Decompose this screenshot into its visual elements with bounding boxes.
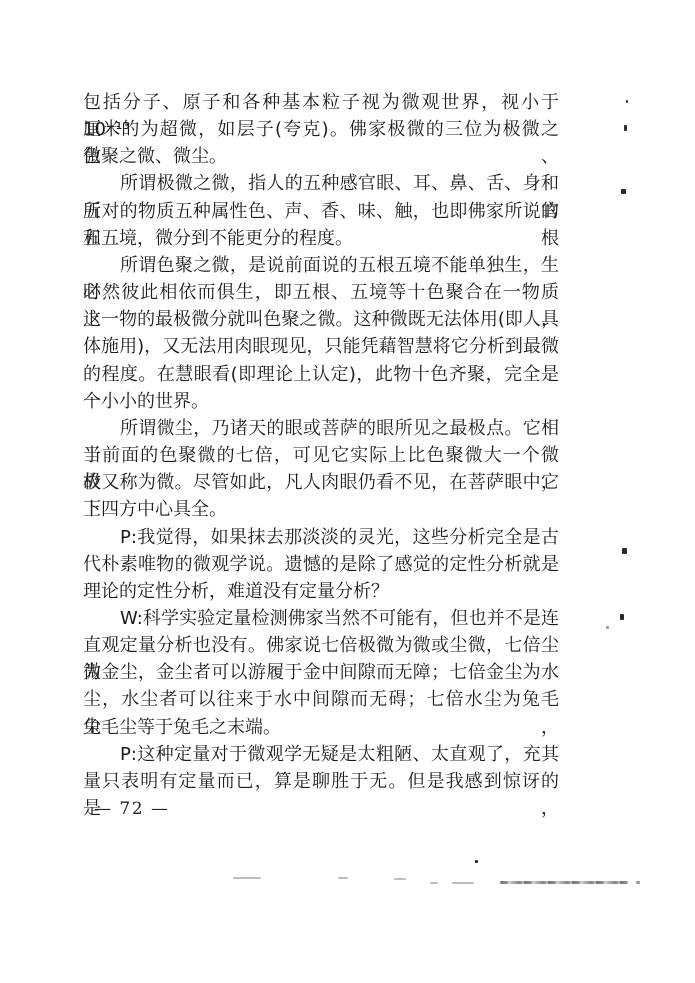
text-line: 所谓微尘，乃诸天的眼或菩萨的眼所见之最极点。它相当: [83, 415, 559, 442]
text-line: 这一物的最极微分就叫色聚之微。这种微既无法体用(即人具: [83, 306, 559, 333]
book-page-scan: 包括分子、原子和各种基本粒子视为微观世界，视小于 10⁻¹³厘米的为超微，如层子…: [0, 0, 695, 983]
scan-speck: [475, 860, 478, 863]
text-line: 体施用)，又无法用肉眼现见，只能凭藉智慧将它分析到最微: [83, 333, 559, 360]
scan-speck: [626, 100, 628, 103]
scan-speck: [636, 881, 640, 884]
text-line: 所对的物质五种属性色、声、香、味、触，也即佛家所说的五根: [83, 198, 559, 225]
scan-noise: [394, 878, 406, 880]
text-line: 所谓极微之微，指人的五种感官眼、耳、鼻、舌、身和五官: [83, 170, 559, 197]
text-line: 个小小的世界。: [83, 388, 559, 415]
text-line: 为金尘，金尘者可以游履于金中间隙而无障；七倍金尘为水: [83, 659, 559, 686]
text-line: 下四方中心具全。: [83, 496, 559, 523]
scan-speck: [620, 614, 624, 620]
text-line: 包括分子、原子和各种基本粒子视为微观世界，视小于 10⁻¹³: [83, 89, 559, 116]
text-line: 直观定量分析也没有。佛家说七倍极微为微或尘微，七倍尘微: [83, 632, 559, 659]
text-line: 尘，水尘者可以往来于水中间隙而无碍；七倍水尘为兔毛尘，: [83, 686, 559, 713]
scan-noise-streak: [500, 881, 628, 884]
text-line: 厘米的为超微，如层子(夸克)。佛家极微的三位为极微之微、: [83, 116, 559, 143]
text-line: P:我觉得，如果抹去那淡淡的灵光，这些分析完全是古: [83, 524, 559, 551]
scan-noise: [233, 877, 261, 879]
text-line: 代朴素唯物的微观学说。遗憾的是除了感觉的定性分析就是: [83, 551, 559, 578]
scan-noise: [430, 882, 438, 884]
scan-noise: [452, 882, 474, 884]
scan-speck: [622, 548, 627, 554]
text-line: P:这种定量对于微观学无疑是太粗陋、太直观了，充其: [83, 741, 559, 768]
text-line: 故又称为微。尽管如此，凡人肉眼仍看不见，在菩萨眼中它上: [83, 469, 559, 496]
scan-noise: [338, 877, 348, 879]
text-line: 于前面的色聚微的七倍，可见它实际上比色聚微大一个微极，: [83, 442, 559, 469]
text-line: 所谓色聚之微，是说前面说的五根五境不能单独生，生时: [83, 252, 559, 279]
text-line: 量只表明有定量而已，算是聊胜于无。但是我感到惊讶的是，: [83, 768, 559, 795]
scan-speck: [624, 125, 627, 131]
scan-speck: [621, 189, 626, 194]
text-line: 必然彼此相依而俱生，即五根、五境等十色聚合在一物质上，: [83, 279, 559, 306]
scan-speck: [606, 626, 609, 629]
text-line: 的程度。在慧眼看(即理论上认定)，此物十色齐聚，完全是一: [83, 361, 559, 388]
text-line: W:科学实验定量检测佛家当然不可能有，但也并不是连: [83, 605, 559, 632]
text-line: 理论的定性分析，难道没有定量分析？: [83, 578, 559, 605]
body-text: 包括分子、原子和各种基本粒子视为微观世界，视小于 10⁻¹³厘米的为超微，如层子…: [83, 89, 559, 795]
page-number: — 72 —: [94, 799, 169, 819]
